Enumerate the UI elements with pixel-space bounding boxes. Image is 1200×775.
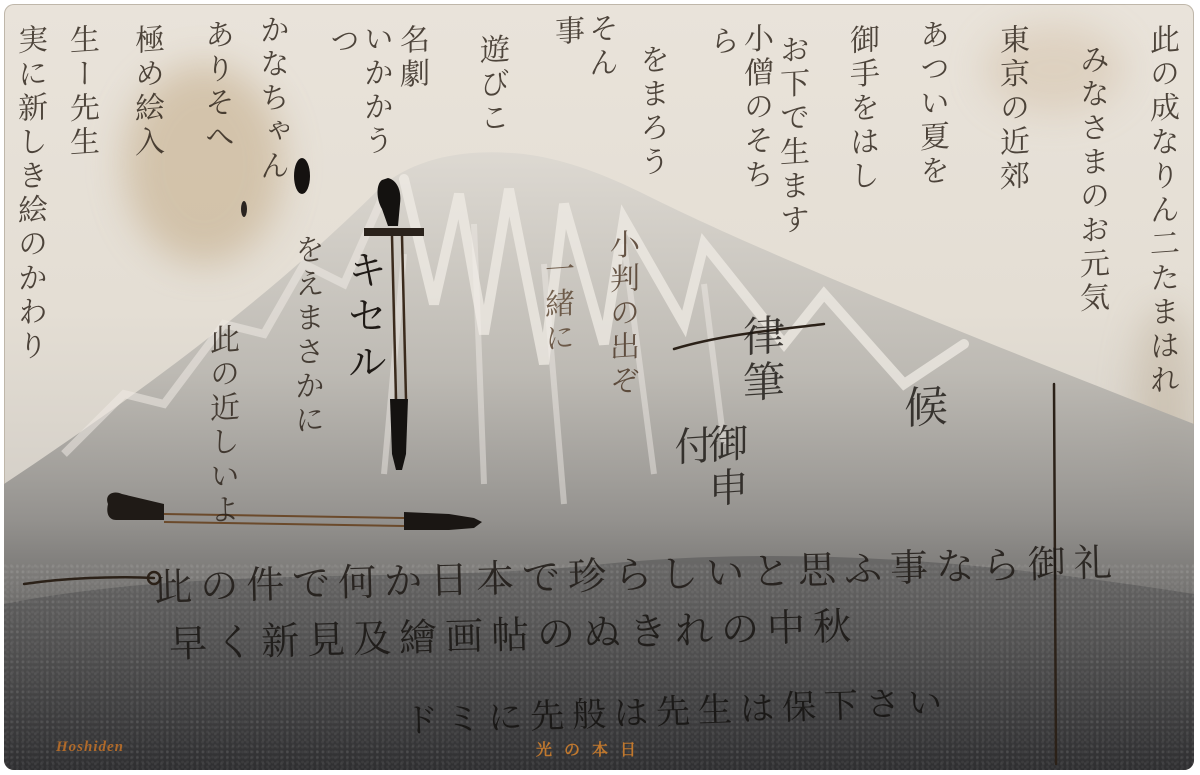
handwriting-signature: 御申付 — [674, 422, 742, 537]
handwriting-column: 生ー先生 — [64, 23, 98, 295]
handwriting-column: 極め絵入 — [129, 23, 163, 305]
handwriting-column: 名劇 — [394, 23, 428, 155]
handwriting-column: そん事 — [549, 12, 617, 107]
handwriting-column: 御手をはし — [844, 23, 878, 305]
handwriting-column: をまろう — [634, 43, 668, 205]
handwriting-column: 実に新しき絵のかわり — [12, 23, 46, 585]
publisher-caption: Hoshiden — [56, 739, 124, 756]
handwriting-column: 小僧のそちら — [704, 22, 772, 227]
handwriting-column: ありそへ — [199, 18, 233, 280]
handwriting-center-column: 一緒に — [539, 253, 573, 515]
handwriting-column: かなちゃん — [254, 13, 288, 215]
handwriting-center-column: 此の近しいよ — [204, 323, 238, 545]
handwriting-center-column: をえまさかに — [289, 233, 323, 535]
handwriting-column: 此の成なりん二たまはれ — [1144, 23, 1178, 505]
handwriting-column: お下で生ます — [774, 33, 808, 255]
kiseru-label: キセル — [344, 249, 384, 387]
handwriting-signature: 律筆 — [744, 313, 778, 435]
handwriting-column: いかかうつ — [324, 22, 392, 187]
handwriting-center-column: 小判の出ぞ — [604, 228, 638, 510]
printed-title-caption: 光の本日 — [536, 737, 648, 760]
handwriting-column: あつい夏を — [914, 18, 948, 320]
handwriting-signature: 候 — [904, 383, 938, 505]
handwriting-column: 遊びこ — [474, 33, 508, 155]
handwriting-column: 東京の近郊 — [994, 23, 1028, 305]
handwriting-column: みなさまのお元気 — [1074, 43, 1108, 375]
postcard: キセル 此の成なりん二たまはれ みなさまのお元気 東京の近郊 あつい夏を 御手を… — [4, 4, 1194, 770]
